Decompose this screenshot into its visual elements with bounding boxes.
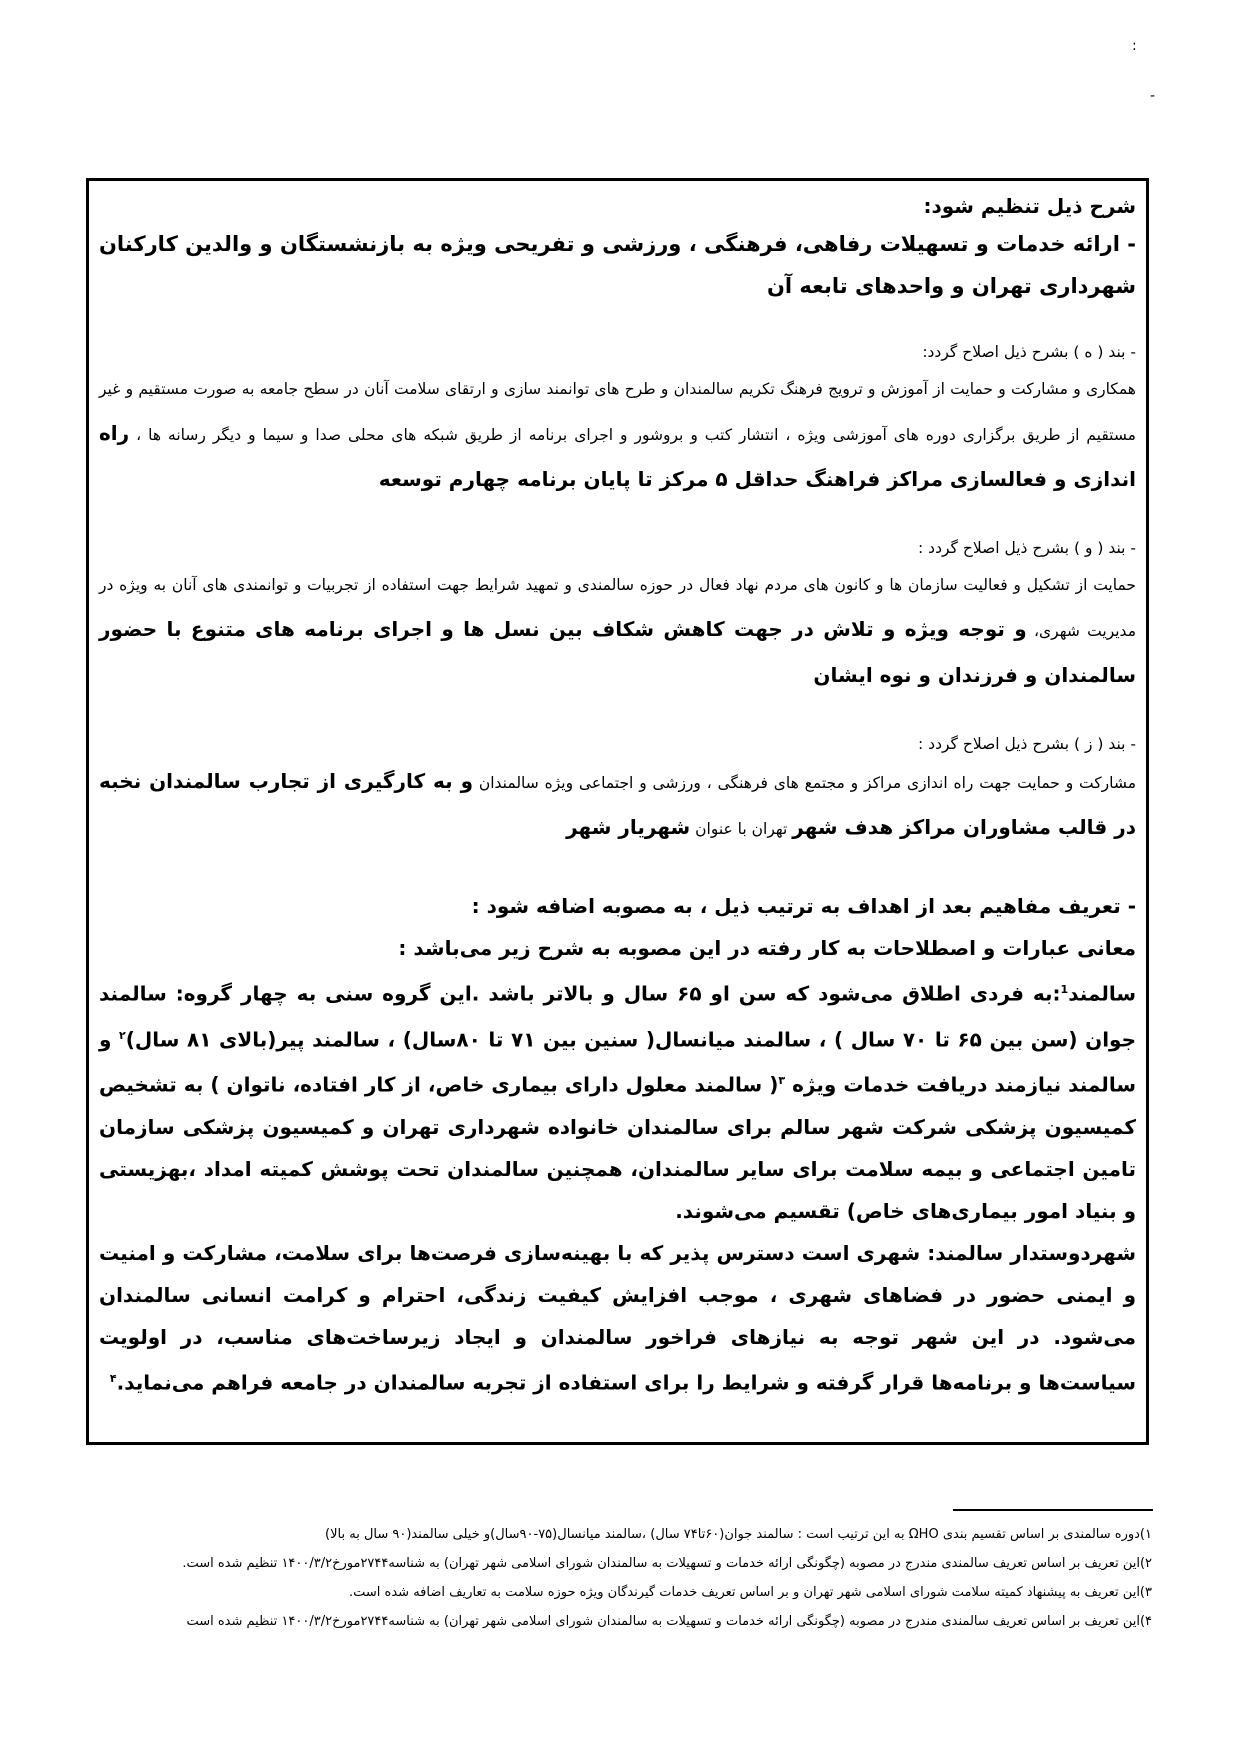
clause-z-bold-text-2: شهریار شهر (566, 815, 690, 839)
definitions-section: - تعریف مفاهیم بعد از اهداف به ترتیب ذیل… (99, 885, 1136, 1404)
friendly-city-definition: شهردوستدار سالمند: شهری است دسترس پذیر ک… (99, 1232, 1136, 1404)
page-mark: : (1132, 38, 1137, 54)
clause-v-bold-text: و توجه ویژه و تلاش در جهت کاهش شکاف بین … (99, 617, 1136, 687)
amendment-box: شرح ذیل تنظیم شود: - ارائه خدمات و تسهیل… (86, 178, 1149, 1445)
footnote-1: ۱)دوره سالمندی بر اساس تقسیم بندی ΩHO به… (86, 1520, 1152, 1549)
clause-h-section: - بند ( ه ) بشرح ذیل اصلاح گردد: همکاری … (99, 337, 1136, 503)
friendly-city-text: شهردوستدار سالمند: شهری است دسترس پذیر ک… (99, 1241, 1136, 1395)
elderly-text-1: :به فردی اطلاق می‌شود که سن او ۶۵ سال و … (99, 982, 1136, 1052)
clause-z-section: - بند ( ز ) بشرح ذیل اصلاح گردد : مشارکت… (99, 729, 1136, 851)
footnotes: ۱)دوره سالمندی بر اساس تقسیم بندی ΩHO به… (86, 1520, 1152, 1636)
clause-h-title: - بند ( ه ) بشرح ذیل اصلاح گردد: (99, 337, 1136, 367)
elderly-term: سالمند (1068, 982, 1136, 1006)
definitions-meanings: معانی عبارات و اصطلاحات به کار رفته در ا… (99, 927, 1136, 969)
clause-v-section: - بند ( و ) بشرح ذیل اصلاح گردد : حمایت … (99, 533, 1136, 699)
clause-z-text-1: مشارکت و حمایت جهت راه اندازی مراکز و مج… (473, 774, 1136, 792)
elderly-definition: سالمند1:به فردی اطلاق می‌شود که سن او ۶۵… (99, 969, 1136, 1232)
clause-h-text: همکاری و مشارکت و حمایت از آموزش و ترویج… (99, 380, 1136, 444)
clause-z-text-2: تهران با عنوان (690, 820, 792, 838)
footnote-ref-4[interactable]: ۴ (110, 1372, 117, 1385)
clause-z-title: - بند ( ز ) بشرح ذیل اصلاح گردد : (99, 729, 1136, 759)
footnote-3: ۳)این تعریف به پیشنهاد کمیته سلامت شورای… (86, 1578, 1152, 1607)
clause-h-body: همکاری و مشارکت و حمایت از آموزش و ترویج… (99, 367, 1136, 503)
clause-v-title: - بند ( و ) بشرح ذیل اصلاح گردد : (99, 533, 1136, 563)
box-heading: شرح ذیل تنظیم شود: (99, 189, 1136, 223)
footnote-2: ۲)این تعریف بر اساس تعریف سالمندی مندرج … (86, 1549, 1152, 1578)
page-mark: - (1150, 88, 1155, 104)
definitions-intro: - تعریف مفاهیم بعد از اهداف به ترتیب ذیل… (99, 885, 1136, 927)
box-lead-paragraph: - ارائه خدمات و تسهیلات رفاهی، فرهنگی ، … (99, 223, 1136, 307)
footnote-ref-2[interactable]: ۲ (119, 1029, 126, 1042)
footnote-separator (953, 1509, 1153, 1511)
footnote-4: ۴)این تعریف بر اساس تعریف سالمندی مندرج … (86, 1607, 1152, 1636)
clause-z-body: مشارکت و حمایت جهت راه اندازی مراکز و مج… (99, 759, 1136, 851)
clause-v-body: حمایت از تشکیل و فعالیت سازمان ها و کانو… (99, 563, 1136, 699)
